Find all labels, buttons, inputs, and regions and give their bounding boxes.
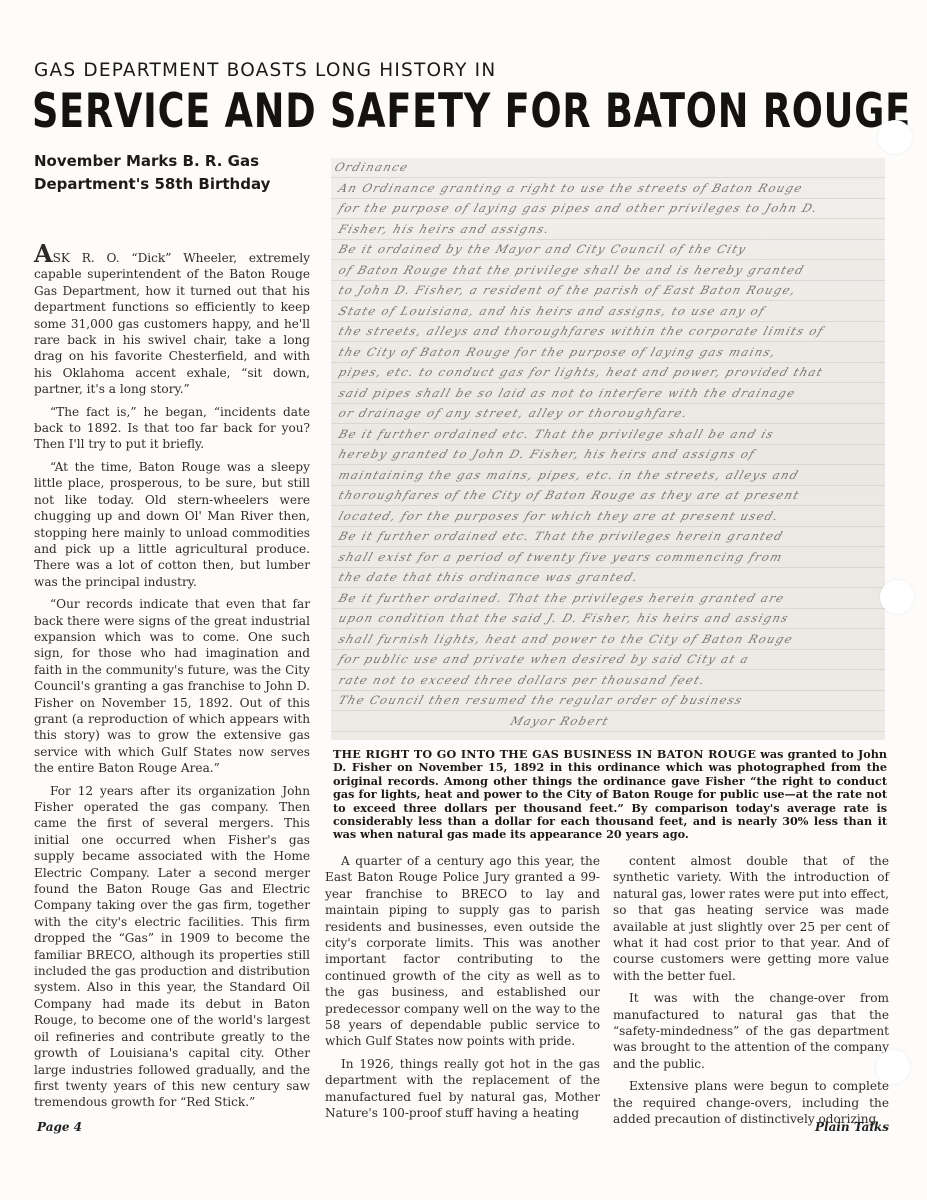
- handwriting-line: or drainage of any street, alley or thor…: [337, 406, 882, 420]
- handwriting-line: for public use and private when desired …: [337, 652, 882, 666]
- article-column-right: content almost double that of the synthe…: [613, 853, 889, 1134]
- handwriting-line: The Council then resumed the regular ord…: [337, 693, 882, 707]
- caption-text: was granted to John D. Fisher on Novembe…: [333, 747, 887, 841]
- handwriting-line: upon condition that the said J. D. Fishe…: [337, 611, 882, 625]
- handwriting-line: for the purpose of laying gas pipes and …: [337, 201, 882, 215]
- ruled-line: [331, 280, 885, 281]
- handwriting-line: said pipes shall be so laid as not to in…: [337, 386, 882, 400]
- ruled-line: [331, 300, 885, 301]
- handwriting-line: shall furnish lights, heat and power to …: [337, 632, 882, 646]
- handwriting-line: thoroughfares of the City of Baton Rouge…: [337, 488, 882, 502]
- handwriting-line: Be it further ordained etc. That the pri…: [337, 529, 882, 543]
- punch-hole: [878, 120, 912, 154]
- ruled-line: [331, 198, 885, 199]
- ruled-line: [331, 239, 885, 240]
- page-number: Page 4: [37, 1120, 82, 1134]
- ruled-line: [331, 505, 885, 506]
- article-paragraph: It was with the change-over from manufac…: [613, 990, 889, 1072]
- article-column-middle: A quarter of a century ago this year, th…: [325, 853, 600, 1128]
- handwriting-line: the streets, alleys and thoroughfares wi…: [337, 324, 882, 338]
- ruled-line: [331, 464, 885, 465]
- article-paragraph: “Our records indicate that even that far…: [34, 596, 310, 776]
- handwriting-line: Mayor Robert: [509, 714, 882, 728]
- article-paragraph: content almost double that of the synthe…: [613, 853, 889, 984]
- article-column-left: ASK R. O. “Dick” Wheeler, extremely capa…: [34, 246, 310, 1117]
- handwriting-line: An Ordinance granting a right to use the…: [337, 181, 882, 195]
- ruled-line: [331, 587, 885, 588]
- photo-caption: THE RIGHT TO GO INTO THE GAS BUSINESS IN…: [333, 748, 887, 842]
- caption-lead: THE RIGHT TO GO INTO THE GAS BUSINESS IN…: [333, 747, 756, 761]
- handwriting-line: the City of Baton Rouge for the purpose …: [337, 345, 882, 359]
- punch-hole: [876, 1050, 910, 1084]
- ruled-line: [331, 669, 885, 670]
- ruled-line: [331, 259, 885, 260]
- handwriting-line: to John D. Fisher, a resident of the par…: [337, 283, 882, 297]
- drop-cap: A: [34, 239, 53, 268]
- ruled-line: [331, 177, 885, 178]
- handwriting-line: the date that this ordinance was granted…: [337, 570, 882, 584]
- ruled-line: [331, 444, 885, 445]
- article-paragraph: ASK R. O. “Dick” Wheeler, extremely capa…: [34, 246, 310, 398]
- ruled-line: [331, 403, 885, 404]
- ruled-line: [331, 731, 885, 732]
- handwriting-line: Ordinance: [333, 160, 882, 174]
- article-headline: SERVICE AND SAFETY FOR BATON ROUGE: [32, 86, 911, 138]
- punch-hole: [880, 580, 914, 614]
- ruled-line: [331, 321, 885, 322]
- ruled-line: [331, 690, 885, 691]
- handwriting-line: maintaining the gas mains, pipes, etc. i…: [337, 468, 882, 482]
- article-paragraph: In 1926, things really got hot in the ga…: [325, 1056, 600, 1122]
- ruled-line: [331, 628, 885, 629]
- handwriting-line: State of Louisiana, and his heirs and as…: [337, 304, 882, 318]
- handwriting-line: shall exist for a period of twenty five …: [337, 550, 882, 564]
- article-paragraph: “The fact is,” he began, “incidents date…: [34, 404, 310, 453]
- article-kicker: GAS DEPARTMENT BOASTS LONG HISTORY IN: [34, 60, 496, 81]
- ruled-line: [331, 567, 885, 568]
- ruled-line: [331, 649, 885, 650]
- ruled-line: [331, 485, 885, 486]
- handwriting-line: Be it ordained by the Mayor and City Cou…: [337, 242, 882, 256]
- subhead-line-1: November Marks B. R. Gas: [34, 150, 294, 173]
- subhead-line-2: Department's 58th Birthday: [34, 173, 294, 196]
- ruled-line: [331, 341, 885, 342]
- handwriting-line: Fisher, his heirs and assigns.: [337, 222, 882, 236]
- ruled-line: [331, 546, 885, 547]
- ruled-line: [331, 526, 885, 527]
- article-paragraph: A quarter of a century ago this year, th…: [325, 853, 600, 1050]
- publication-name: Plain Talks: [815, 1120, 889, 1134]
- ruled-line: [331, 608, 885, 609]
- handwriting-line: rate not to exceed three dollars per tho…: [337, 673, 882, 687]
- handwriting-line: located, for the purposes for which they…: [337, 509, 882, 523]
- article-paragraph: For 12 years after its organization John…: [34, 783, 310, 1111]
- ordinance-photo: OrdinanceAn Ordinance granting a right t…: [331, 158, 885, 740]
- ruled-line: [331, 710, 885, 711]
- article-subhead: November Marks B. R. Gas Department's 58…: [34, 150, 294, 196]
- ruled-line: [331, 423, 885, 424]
- handwriting-line: pipes, etc. to conduct gas for lights, h…: [337, 365, 882, 379]
- handwriting-line: hereby granted to John D. Fisher, his he…: [337, 447, 882, 461]
- handwriting-line: of Baton Rouge that the privilege shall …: [337, 263, 882, 277]
- ruled-line: [331, 382, 885, 383]
- handwriting-line: Be it further ordained etc. That the pri…: [337, 427, 882, 441]
- ruled-line: [331, 218, 885, 219]
- article-paragraph: “At the time, Baton Rouge was a sleepy l…: [34, 459, 310, 590]
- magazine-page: GAS DEPARTMENT BOASTS LONG HISTORY IN SE…: [0, 0, 927, 1200]
- handwriting-line: Be it further ordained. That the privile…: [337, 591, 882, 605]
- small-caps: SK: [53, 251, 70, 265]
- ruled-line: [331, 362, 885, 363]
